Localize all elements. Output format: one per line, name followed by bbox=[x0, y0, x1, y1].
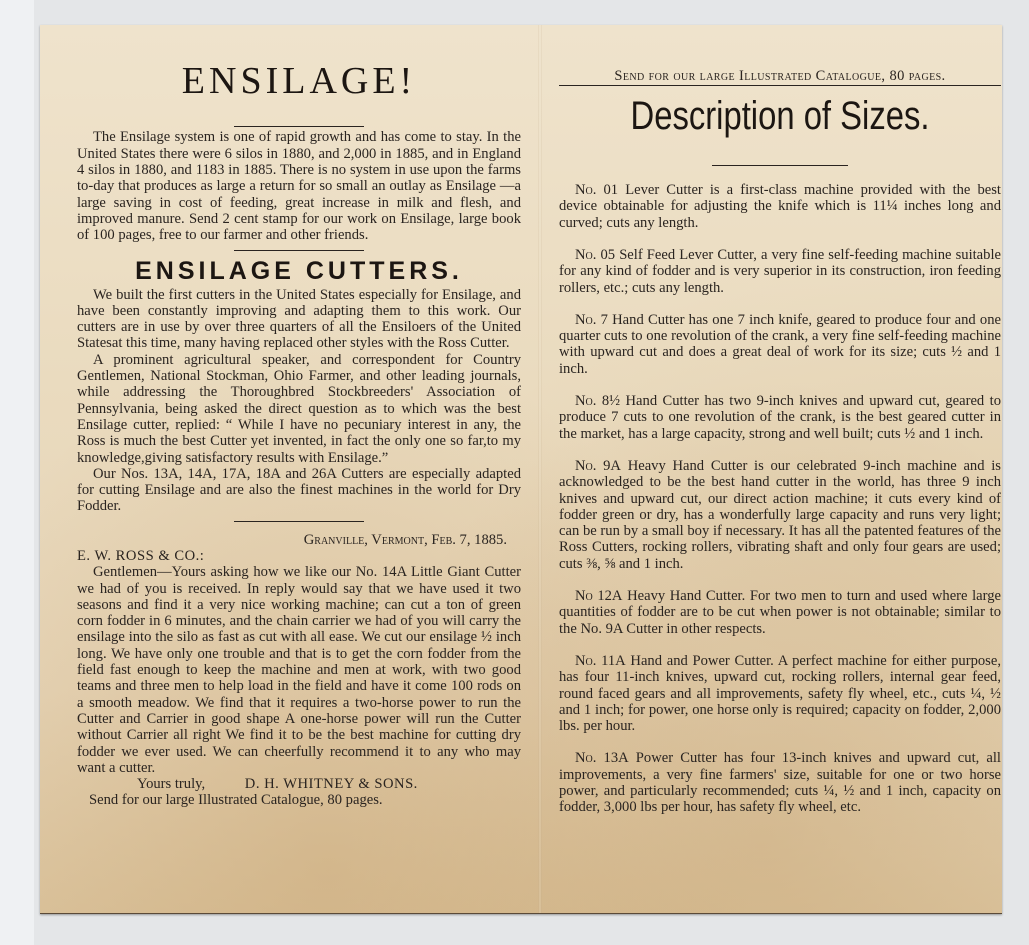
size-description: Hand Cutter has two 9-inch knives and up… bbox=[559, 393, 1001, 442]
right-column: Send for our large Illustrated Catalogue… bbox=[559, 25, 1001, 832]
section-rule bbox=[234, 521, 364, 522]
size-entry: No. 8½ Hand Cutter has two 9-inch knives… bbox=[559, 393, 1001, 442]
ensilage-cutters-title: ENSILAGE CUTTERS. bbox=[77, 257, 521, 285]
ensilage-title: ENSILAGE! bbox=[77, 61, 521, 101]
size-number: No. 9A bbox=[575, 458, 621, 474]
size-entry: No. 9A Heavy Hand Cutter is our celebrat… bbox=[559, 458, 1001, 572]
size-number: No 12A bbox=[575, 588, 622, 604]
size-description: Heavy Hand Cutter. For two men to turn a… bbox=[559, 588, 1001, 637]
size-entry: No. 7 Hand Cutter has one 7 inch knife, … bbox=[559, 312, 1001, 377]
size-entry: No. 13A Power Cutter has four 13-inch kn… bbox=[559, 750, 1001, 815]
background-margin bbox=[0, 0, 34, 945]
size-description: Lever Cutter is a first-class machine pr… bbox=[559, 182, 1001, 231]
letter-signoff: Yours truly, D. H. WHITNEY & SONS. bbox=[77, 776, 521, 792]
testimonial-paragraph: A prominent agricultural speaker, and co… bbox=[77, 352, 521, 466]
size-number: No. 13A bbox=[575, 750, 629, 766]
advertising-leaflet: ENSILAGE! The Ensilage system is one of … bbox=[40, 25, 1002, 914]
catalogue-banner: Send for our large Illustrated Catalogue… bbox=[559, 68, 1001, 86]
size-number: No. 7 bbox=[575, 312, 608, 328]
description-of-sizes-title: Description of Sizes. bbox=[599, 94, 961, 138]
title-rule bbox=[712, 165, 848, 166]
size-description: Heavy Hand Cutter is our celebrated 9-in… bbox=[559, 458, 1001, 572]
section-rule bbox=[234, 250, 364, 251]
catalogue-note: Send for our large Illustrated Catalogue… bbox=[77, 792, 521, 808]
size-description: Hand Cutter has one 7 inch knife, geared… bbox=[559, 312, 1001, 377]
size-number: No. 01 bbox=[575, 182, 618, 198]
size-number: No. 8½ bbox=[575, 393, 620, 409]
size-entry: No. 05 Self Feed Lever Cutter, a very fi… bbox=[559, 247, 1001, 296]
cutters-paragraph: We built the first cutters in the United… bbox=[77, 287, 521, 352]
intro-paragraph: The Ensilage system is one of rapid grow… bbox=[77, 129, 521, 243]
letter-dateline: Granville, Vermont, Feb. 7, 1885. bbox=[77, 532, 521, 548]
letter-signature: D. H. WHITNEY & SONS. bbox=[245, 776, 418, 792]
size-description: Hand and Power Cutter. A perfect machine… bbox=[559, 653, 1001, 734]
size-number: No. 05 bbox=[575, 247, 615, 263]
size-entry: No. 11A Hand and Power Cutter. A perfect… bbox=[559, 653, 1001, 734]
size-description: Self Feed Lever Cutter, a very fine self… bbox=[559, 247, 1001, 296]
title-rule bbox=[234, 126, 364, 127]
left-column: ENSILAGE! The Ensilage system is one of … bbox=[77, 25, 521, 809]
letter-closing: Yours truly, bbox=[137, 776, 205, 792]
letter-body: Gentlemen—Yours asking how we like our N… bbox=[77, 564, 521, 776]
size-entry: No 12A Heavy Hand Cutter. For two men to… bbox=[559, 588, 1001, 637]
size-entry: No. 01 Lever Cutter is a first-class mac… bbox=[559, 182, 1001, 231]
center-fold bbox=[538, 25, 542, 913]
models-paragraph: Our Nos. 13A, 14A, 17A, 18A and 26A Cutt… bbox=[77, 466, 521, 515]
letter-salutation: E. W. ROSS & CO.: bbox=[77, 548, 521, 564]
size-number: No. 11A bbox=[575, 653, 626, 669]
sizes-list: No. 01 Lever Cutter is a first-class mac… bbox=[559, 182, 1001, 816]
letter: Granville, Vermont, Feb. 7, 1885. E. W. … bbox=[77, 532, 521, 809]
